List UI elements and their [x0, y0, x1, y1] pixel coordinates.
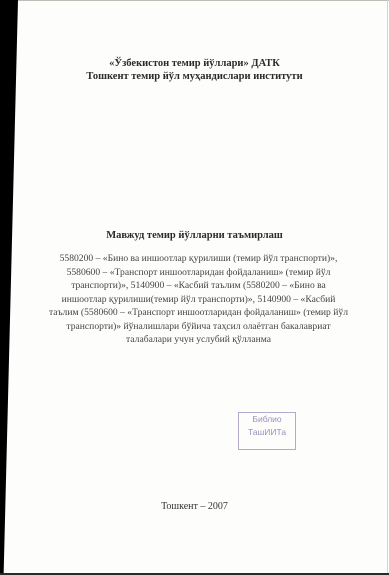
page-right-edge — [387, 0, 388, 575]
scanned-page: «Ўзбекистон темир йўллари» ДАТК Тошкент … — [0, 0, 389, 575]
organization-header: «Ўзбекистон темир йўллари» ДАТК Тошкент … — [0, 57, 389, 83]
header-line-2: Тошкент темир йўл муҳандислари институти — [0, 70, 389, 83]
library-stamp: Библио ТашИИТа — [238, 412, 296, 450]
header-line-1: «Ўзбекистон темир йўллари» ДАТК — [0, 57, 389, 70]
stamp-line-1: Библио — [239, 413, 295, 426]
place-and-year: Тошкент – 2007 — [0, 501, 389, 512]
document-title: Мавжуд темир йўлларни таъмирлаш — [0, 229, 389, 242]
document-description: 5580200 – «Бино ва иншоотлар қурилиши (т… — [48, 252, 349, 347]
page-top-edge — [18, 0, 389, 1]
scan-shadow-left — [0, 0, 18, 575]
stamp-line-2: ТашИИТа — [239, 426, 295, 439]
